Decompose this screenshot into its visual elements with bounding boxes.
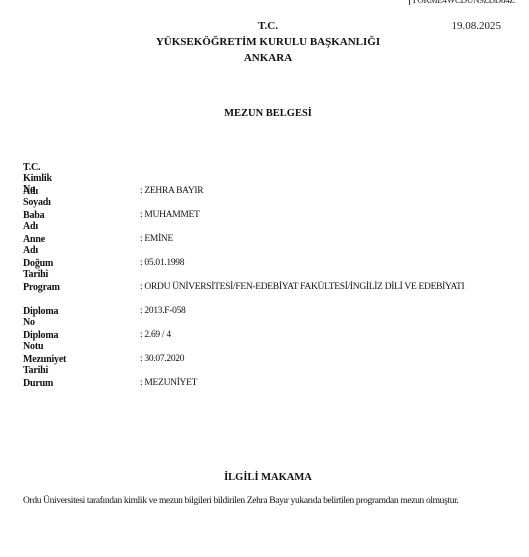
header-country: T.C. [0,18,529,34]
section-title: İLGİLİ MAKAMA [0,472,529,483]
statement-text: Ordu Üniversitesi tarafından kimlik ve m… [23,496,458,506]
field-label: Baba Adı [23,210,44,232]
header-institution: YÜKSEKÖĞRETİM KURULU BAŞKANLIĞI [0,34,529,50]
field-label: Doğum Tarihi [23,258,53,280]
document-header: T.C. YÜKSEKÖĞRETİM KURULU BAŞKANLIĞI ANK… [0,18,529,66]
field-label: Anne Adı [23,234,45,256]
field-label: Mezuniyet Tarihi [23,354,66,376]
field-value: : 2.69 / 4 [140,330,171,340]
field-value: : ORDU ÜNİVERSİTESİ/FEN-EDEBİYAT FAKÜLTE… [140,282,464,292]
field-value: : ZEHRA BAYIR [140,186,203,196]
field-label: Diploma Notu [23,330,58,352]
header-city: ANKARA [0,50,529,66]
field-value: : MUHAMMET [140,210,200,220]
field-value: : 30.07.2020 [140,354,184,364]
document-title: MEZUN BELGESİ [0,108,529,119]
field-value: : MEZUNİYET [140,378,197,388]
field-label: Diploma No [23,306,58,328]
verification-code: YÖKME4WCDUN9ZDD84Z [409,0,515,5]
field-value: : 2013.F-058 [140,306,186,316]
field-value: : EMİNE [140,234,173,244]
field-value: : 05.01.1998 [140,258,184,268]
field-label: Durum [23,378,53,389]
field-label: Program [23,282,60,293]
field-label: Adı Soyadı [23,186,51,208]
